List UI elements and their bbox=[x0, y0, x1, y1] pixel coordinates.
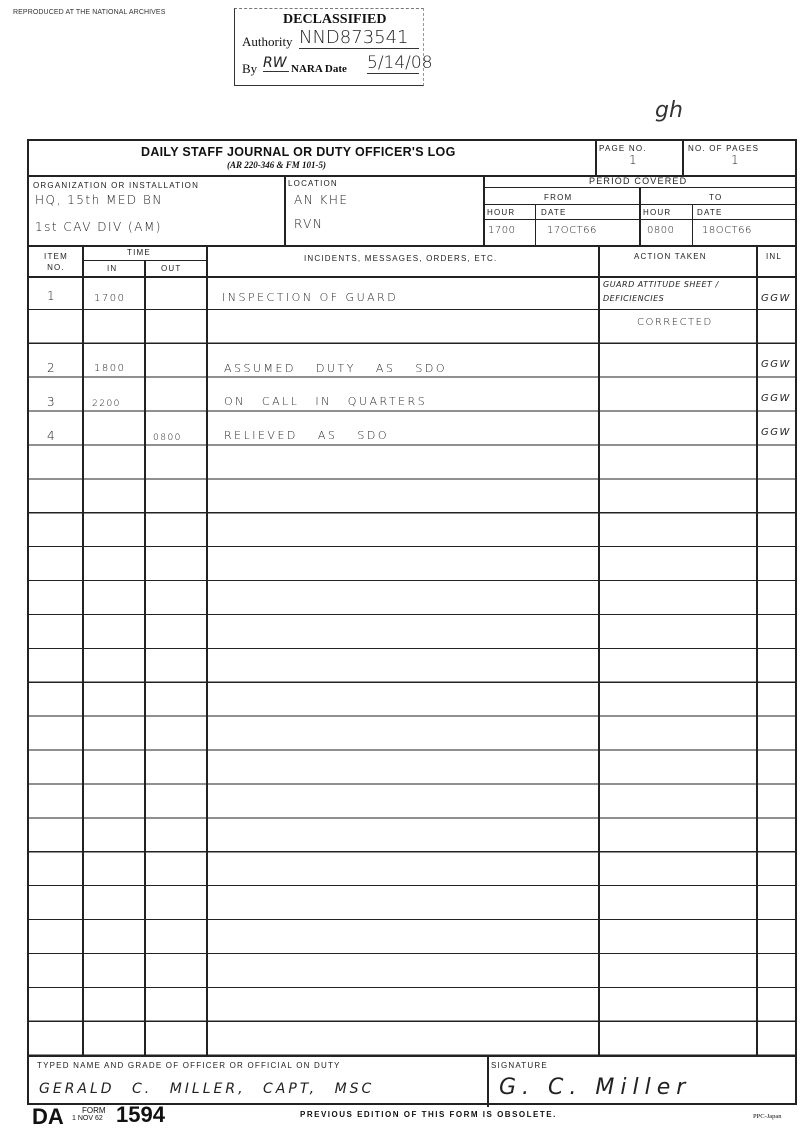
row4-inl: GGW bbox=[761, 427, 791, 438]
row3-incident: ON CALL IN QUARTERS bbox=[224, 395, 427, 408]
row1-inl: GGW bbox=[761, 293, 791, 304]
stamp-authority-label: Authority bbox=[242, 34, 293, 50]
from-date-label: DATE bbox=[541, 208, 567, 217]
margin-initials: gh bbox=[655, 98, 683, 123]
row1b-action: CORRECTED bbox=[637, 317, 713, 328]
row1-action: GUARD ATTITUDE SHEET / DEFICIENCIES bbox=[603, 278, 753, 306]
organization-label: ORGANIZATION OR INSTALLATION bbox=[33, 181, 199, 190]
row2-inl: GGW bbox=[761, 359, 791, 370]
row2-item: 2 bbox=[47, 361, 56, 375]
stamp-by-label: By bbox=[242, 61, 257, 77]
officer-value: GERALD C. MILLER, CAPT, MSC bbox=[39, 1081, 374, 1097]
to-date-value: 18OCT66 bbox=[702, 225, 752, 236]
col-item-no: ITEM NO. bbox=[41, 251, 71, 273]
footer-printer: PPC-Japan bbox=[753, 1113, 782, 1120]
stamp-date-value: 5/14/08 bbox=[367, 53, 419, 74]
stamp-authority-value: NND873541 bbox=[299, 27, 419, 49]
form-title: DAILY STAFF JOURNAL OR DUTY OFFICER'S LO… bbox=[141, 145, 456, 159]
period-covered-label: PERIOD COVERED bbox=[589, 176, 687, 186]
page-no-label: PAGE NO. bbox=[599, 144, 647, 153]
declassified-stamp: DECLASSIFIED Authority NND873541 By RW N… bbox=[234, 8, 424, 86]
row4-item: 4 bbox=[47, 429, 56, 443]
footer-da: DA bbox=[32, 1104, 64, 1130]
row4-incident: RELIEVED AS SDO bbox=[224, 429, 389, 442]
col-in: IN bbox=[107, 264, 117, 273]
page-no-value: 1 bbox=[629, 153, 638, 167]
to-hour-label: HOUR bbox=[643, 208, 671, 217]
organization-line2: 1st CAV DIV (AM) bbox=[35, 220, 162, 234]
footer-form-label: FORM 1 NOV 62 bbox=[72, 1107, 106, 1123]
duty-officer-log-form: DAILY STAFF JOURNAL OR DUTY OFFICER'S LO… bbox=[27, 139, 797, 1105]
col-action: ACTION TAKEN bbox=[634, 252, 707, 261]
footer-form-number: 1594 bbox=[116, 1102, 165, 1128]
row3-item: 3 bbox=[47, 395, 56, 409]
row4-out: 0800 bbox=[153, 433, 182, 443]
no-of-pages-label: NO. OF PAGES bbox=[688, 144, 759, 153]
footer-form-word: FORM bbox=[72, 1107, 106, 1115]
location-line1: AN KHE bbox=[294, 193, 348, 207]
footer-form-date: 1 NOV 62 bbox=[72, 1115, 106, 1123]
col-inl: INL bbox=[766, 252, 782, 261]
form-subtitle: (AR 220-346 & FM 101-5) bbox=[227, 160, 326, 170]
stamp-nara-label: NARA Date bbox=[291, 63, 347, 75]
location-label: LOCATION bbox=[288, 179, 338, 188]
row1-in: 1700 bbox=[94, 293, 125, 304]
row3-in: 2200 bbox=[92, 399, 121, 409]
stamp-title: DECLASSIFIED bbox=[283, 12, 386, 28]
from-hour-label: HOUR bbox=[487, 208, 515, 217]
officer-label: TYPED NAME AND GRADE OF OFFICER OR OFFIC… bbox=[37, 1061, 341, 1070]
col-time: TIME bbox=[127, 248, 151, 257]
row2-incident: ASSUMED DUTY AS SDO bbox=[224, 362, 447, 375]
row1-incident: INSPECTION OF GUARD bbox=[222, 291, 398, 304]
organization-line1: HQ, 15th MED BN bbox=[35, 193, 163, 207]
stamp-by-value: RW bbox=[263, 55, 289, 72]
row2-in: 1800 bbox=[94, 363, 125, 374]
row1-item: 1 bbox=[47, 289, 56, 303]
signature-value: G. C. Miller bbox=[499, 1075, 691, 1100]
to-hour-value: 0800 bbox=[647, 225, 674, 236]
log-rows bbox=[29, 276, 795, 1055]
signature-label: SIGNATURE bbox=[491, 1061, 548, 1070]
from-label: FROM bbox=[544, 193, 572, 202]
to-date-label: DATE bbox=[697, 208, 723, 217]
to-label: TO bbox=[709, 193, 722, 202]
from-hour-value: 1700 bbox=[488, 225, 515, 236]
col-out: OUT bbox=[161, 264, 182, 273]
location-line2: RVN bbox=[294, 217, 323, 231]
row3-inl: GGW bbox=[761, 393, 791, 404]
from-date-value: 17OCT66 bbox=[547, 225, 597, 236]
no-of-pages-value: 1 bbox=[731, 153, 740, 167]
col-incidents: INCIDENTS, MESSAGES, ORDERS, ETC. bbox=[304, 254, 497, 263]
archive-note: REPRODUCED AT THE NATIONAL ARCHIVES bbox=[13, 9, 165, 16]
footer-previous-edition: PREVIOUS EDITION OF THIS FORM IS OBSOLET… bbox=[300, 1110, 557, 1119]
